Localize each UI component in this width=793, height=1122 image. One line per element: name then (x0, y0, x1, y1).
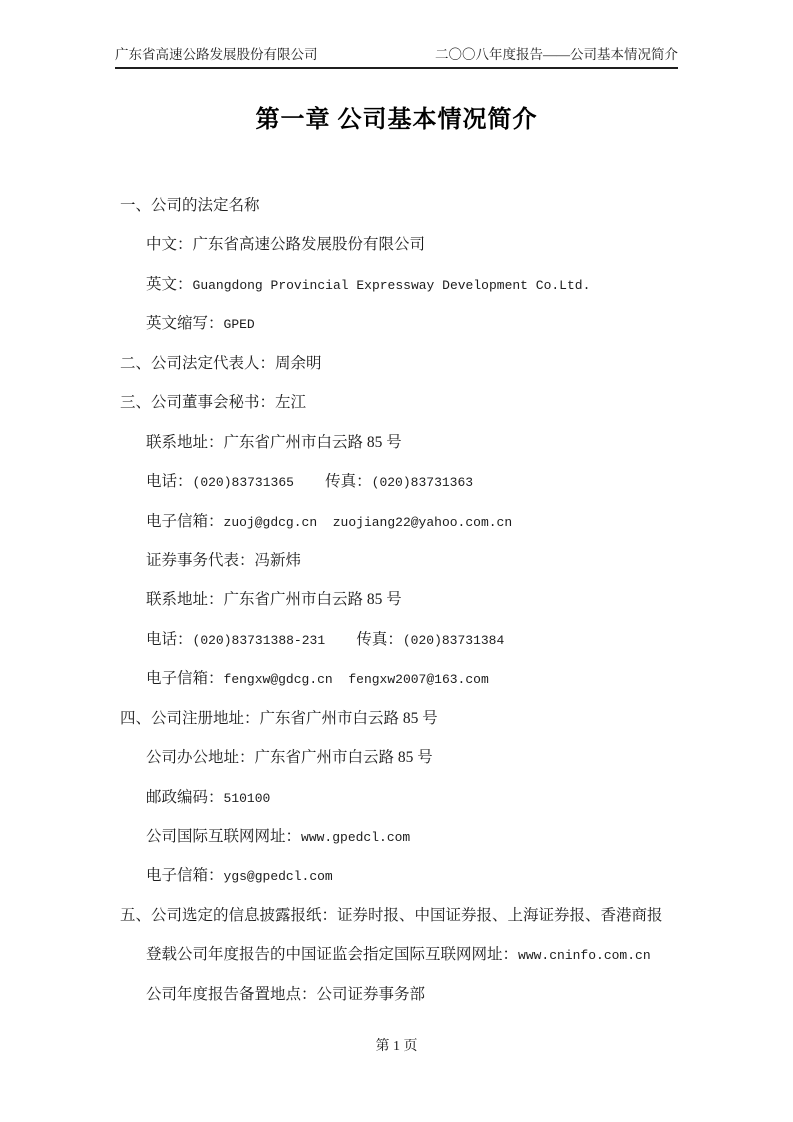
page-header: 广东省高速公路发展股份有限公司 二〇〇八年度报告——公司基本情况简介 (115, 47, 678, 69)
document-line: 公司年度报告备置地点：公司证券事务部 (120, 975, 680, 1014)
text-segment: 联系地址：广东省广州市白云路 85 号 (146, 434, 402, 451)
text-segment: 电话： (146, 631, 193, 648)
text-segment: 电子信箱： (146, 867, 224, 884)
text-segment: Guangdong Provincial Expressway Developm… (193, 278, 591, 293)
document-line: 电子信箱：zuoj@gdcg.cn zuojiang22@yahoo.com.c… (120, 502, 680, 541)
header-report-title: 二〇〇八年度报告——公司基本情况简介 (435, 47, 678, 63)
text-segment: 证券事务代表：冯新炜 (146, 552, 301, 569)
document-line: 邮政编码：510100 (120, 778, 680, 817)
chapter-title: 第一章 公司基本情况简介 (0, 99, 793, 134)
text-segment: 邮政编码： (146, 789, 224, 806)
document-line: 四、公司注册地址：广东省广州市白云路 85 号 (120, 699, 680, 738)
report-page: 广东省高速公路发展股份有限公司 二〇〇八年度报告——公司基本情况简介 第一章 公… (0, 0, 793, 1122)
page-number: 第 1 页 (0, 1035, 793, 1055)
text-segment: (020)83731363 (372, 475, 473, 490)
text-segment: (020)83731388-231 (193, 633, 357, 648)
header-company-name: 广东省高速公路发展股份有限公司 (115, 47, 318, 63)
document-line: 电子信箱：ygs@gpedcl.com (120, 856, 680, 895)
text-segment: 五、公司选定的信息披露报纸：证券时报、中国证券报、上海证券报、香港商报 (120, 907, 663, 924)
document-line: 联系地址：广东省广州市白云路 85 号 (120, 580, 680, 619)
document-body: 一、公司的法定名称中文：广东省高速公路发展股份有限公司英文：Guangdong … (120, 186, 680, 1014)
document-line: 三、公司董事会秘书：左江 (120, 383, 680, 422)
document-line: 公司国际互联网网址：www.gpedcl.com (120, 817, 680, 856)
text-segment: www.gpedcl.com (301, 830, 410, 845)
document-line: 电话：(020)83731388-231 传真：(020)83731384 (120, 620, 680, 659)
text-segment: 联系地址：广东省广州市白云路 85 号 (146, 591, 402, 608)
text-segment: www.cninfo.com.cn (518, 948, 651, 963)
text-segment: 公司年度报告备置地点：公司证券事务部 (146, 986, 425, 1003)
text-segment: 传真： (356, 631, 403, 648)
text-segment: 电子信箱： (146, 670, 224, 687)
document-line: 二、公司法定代表人：周余明 (120, 344, 680, 383)
document-line: 中文：广东省高速公路发展股份有限公司 (120, 225, 680, 264)
document-line: 证券事务代表：冯新炜 (120, 541, 680, 580)
document-line: 电话：(020)83731365 传真：(020)83731363 (120, 462, 680, 501)
text-segment: 一、公司的法定名称 (120, 197, 260, 214)
text-segment: fengxw@gdcg.cn fengxw2007@163.com (224, 672, 489, 687)
text-segment: 传真： (325, 473, 372, 490)
text-segment: 公司国际互联网网址： (146, 828, 301, 845)
text-segment: 英文缩写： (146, 315, 224, 332)
text-segment: 电子信箱： (146, 513, 224, 530)
text-segment: (020)83731365 (193, 475, 326, 490)
text-segment: zuoj@gdcg.cn zuojiang22@yahoo.com.cn (224, 515, 513, 530)
text-segment: 四、公司注册地址：广东省广州市白云路 85 号 (120, 710, 438, 727)
text-segment: 登载公司年度报告的中国证监会指定国际互联网网址： (146, 946, 518, 963)
text-segment: 英文： (146, 276, 193, 293)
text-segment: 公司办公地址：广东省广州市白云路 85 号 (146, 749, 433, 766)
document-line: 一、公司的法定名称 (120, 186, 680, 225)
document-line: 英文：Guangdong Provincial Expressway Devel… (120, 265, 680, 304)
text-segment: 电话： (146, 473, 193, 490)
text-segment: ygs@gpedcl.com (224, 869, 333, 884)
document-line: 电子信箱：fengxw@gdcg.cn fengxw2007@163.com (120, 659, 680, 698)
document-line: 登载公司年度报告的中国证监会指定国际互联网网址：www.cninfo.com.c… (120, 935, 680, 974)
text-segment: (020)83731384 (403, 633, 504, 648)
document-line: 联系地址：广东省广州市白云路 85 号 (120, 423, 680, 462)
document-line: 公司办公地址：广东省广州市白云路 85 号 (120, 738, 680, 777)
text-segment: GPED (224, 317, 255, 332)
text-segment: 三、公司董事会秘书：左江 (120, 394, 306, 411)
document-line: 英文缩写：GPED (120, 304, 680, 343)
document-line: 五、公司选定的信息披露报纸：证券时报、中国证券报、上海证券报、香港商报 (120, 896, 680, 935)
text-segment: 中文：广东省高速公路发展股份有限公司 (146, 236, 425, 253)
text-segment: 二、公司法定代表人：周余明 (120, 355, 322, 372)
text-segment: 510100 (224, 791, 271, 806)
